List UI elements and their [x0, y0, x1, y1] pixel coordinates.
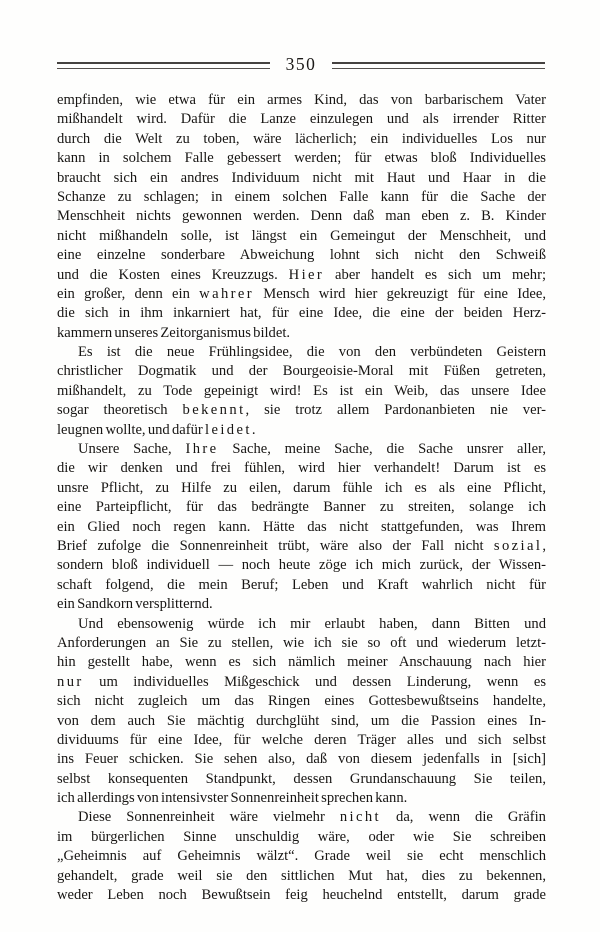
text-line: nur um individuelles Mißgeschick und des… [57, 673, 546, 692]
emphasis-gesperrt: leidet [205, 422, 252, 438]
text-line: sich nicht zugleich um das Ringen eines … [57, 692, 546, 711]
page-body: empfinden, wie etwa für ein armes Kind, … [57, 91, 546, 905]
text-line: Menschheit nichts gewonnen werden. Denn … [57, 207, 546, 226]
text-line: nicht mißhandeln solle, ist längst ein G… [57, 227, 546, 246]
text-line: „Geheimnis auf Geheimnis wälzt“. Grade w… [57, 847, 546, 866]
paragraph: Diese Sonnenreinheit wäre vielmehr nicht… [57, 808, 546, 905]
page-number: 350 [270, 54, 333, 75]
text-line: leugnen wollte, und dafür leidet. [57, 421, 546, 440]
text-line: hin gestellt habe, wenn es sich nämlich … [57, 653, 546, 672]
text-line: unsre Pflicht, zu Hilfe zu eilen, darum … [57, 479, 546, 498]
text-line: gehandelt, grade weil sie den sittlichen… [57, 867, 546, 886]
text-line: im bürgerlichen Sinne unschuldig wäre, o… [57, 828, 546, 847]
text-line: Schanze zu schlagen; in einem solchen Fa… [57, 188, 546, 207]
emphasis-gesperrt: Hier [289, 267, 325, 283]
text-line: sondern bloß individuell — noch heute zö… [57, 556, 546, 575]
text-line: und die Kosten eines Kreuzzugs. Hier abe… [57, 266, 546, 285]
text-line: schaft folgend, die mein Beruf; Leben un… [57, 576, 546, 595]
text-line: ein Glied noch regen kann. Hätte das nic… [57, 518, 546, 537]
text-line: durch die Welt zu toben, wäre lächerlich… [57, 130, 546, 149]
text-line: Und ebensowenig würde ich mir erlaubt ha… [57, 615, 546, 634]
text-line: empfinden, wie etwa für ein armes Kind, … [57, 91, 546, 110]
scanned-page: 350 empfinden, wie etwa für ein armes Ki… [0, 0, 600, 932]
text-line: mißhandelt, zu Tode gepeinigt wird! Es i… [57, 382, 546, 401]
text-line: Brief zufolge die Sonnenreinheit trübt, … [57, 537, 546, 556]
text-line: Anforderungen an Sie zu stellen, wie ich… [57, 634, 546, 653]
paragraph: Und ebensowenig würde ich mir erlaubt ha… [57, 615, 546, 809]
text-line: braucht sich ein andres Individuum nicht… [57, 169, 546, 188]
paragraph: Es ist die neue Frühlingsidee, die von d… [57, 343, 546, 440]
text-line: christlicher Dogmatik und der Bourgeoisi… [57, 362, 546, 381]
emphasis-gesperrt: nur [57, 674, 84, 690]
emphasis-gesperrt: Ihre [185, 441, 218, 457]
text-line: eine einzelne sonderbare Abweichung lohn… [57, 246, 546, 265]
text-line: Unsere Sache, Ihre Sache, meine Sache, d… [57, 440, 546, 459]
text-line: eine Parteipflicht, für das bedrängte Ba… [57, 498, 546, 517]
page-header: 350 [57, 54, 545, 76]
text-line: mißhandelt wird. Dafür die Lanze einzule… [57, 110, 546, 129]
text-line: weder Leben noch Bewußtsein feig heuchel… [57, 886, 546, 905]
text-line: Es ist die neue Frühlingsidee, die von d… [57, 343, 546, 362]
text-line: Diese Sonnenreinheit wäre vielmehr nicht… [57, 808, 546, 827]
text-line: die sich in ihm inkarniert hat, für eine… [57, 304, 546, 323]
paragraph: empfinden, wie etwa für ein armes Kind, … [57, 91, 546, 343]
text-line: die wir denken und frei fühlen, wird hie… [57, 459, 546, 478]
emphasis-gesperrt: sozial [494, 538, 542, 554]
paragraph: Unsere Sache, Ihre Sache, meine Sache, d… [57, 440, 546, 615]
text-line: sogar theoretisch bekennt, sie trotz all… [57, 401, 546, 420]
text-line: ich allerdings von intensivster Sonnenre… [57, 789, 546, 808]
emphasis-gesperrt: wahrer [199, 286, 254, 302]
text-line: selbst konsequenten Standpunkt, dessen G… [57, 770, 546, 789]
emphasis-gesperrt: nicht [340, 809, 381, 825]
text-line: von dem auch Sie mächtig durchglüht sind… [57, 712, 546, 731]
text-line: kann in solchem Falle gebessert werden; … [57, 149, 546, 168]
emphasis-gesperrt: bekennt [183, 402, 246, 418]
text-line: dividuums für eine Idee, für welche dere… [57, 731, 546, 750]
text-line: ein Sandkorn versplitternd. [57, 595, 546, 614]
header-rule-left [57, 62, 270, 69]
text-line: ins Feuer schicken. Sie sehen also, daß … [57, 750, 546, 769]
text-line: ein großer, denn ein wahrer Mensch wird … [57, 285, 546, 304]
text-line: kammern unseres Zeitorganismus bildet. [57, 324, 546, 343]
header-rule-right [332, 62, 545, 69]
